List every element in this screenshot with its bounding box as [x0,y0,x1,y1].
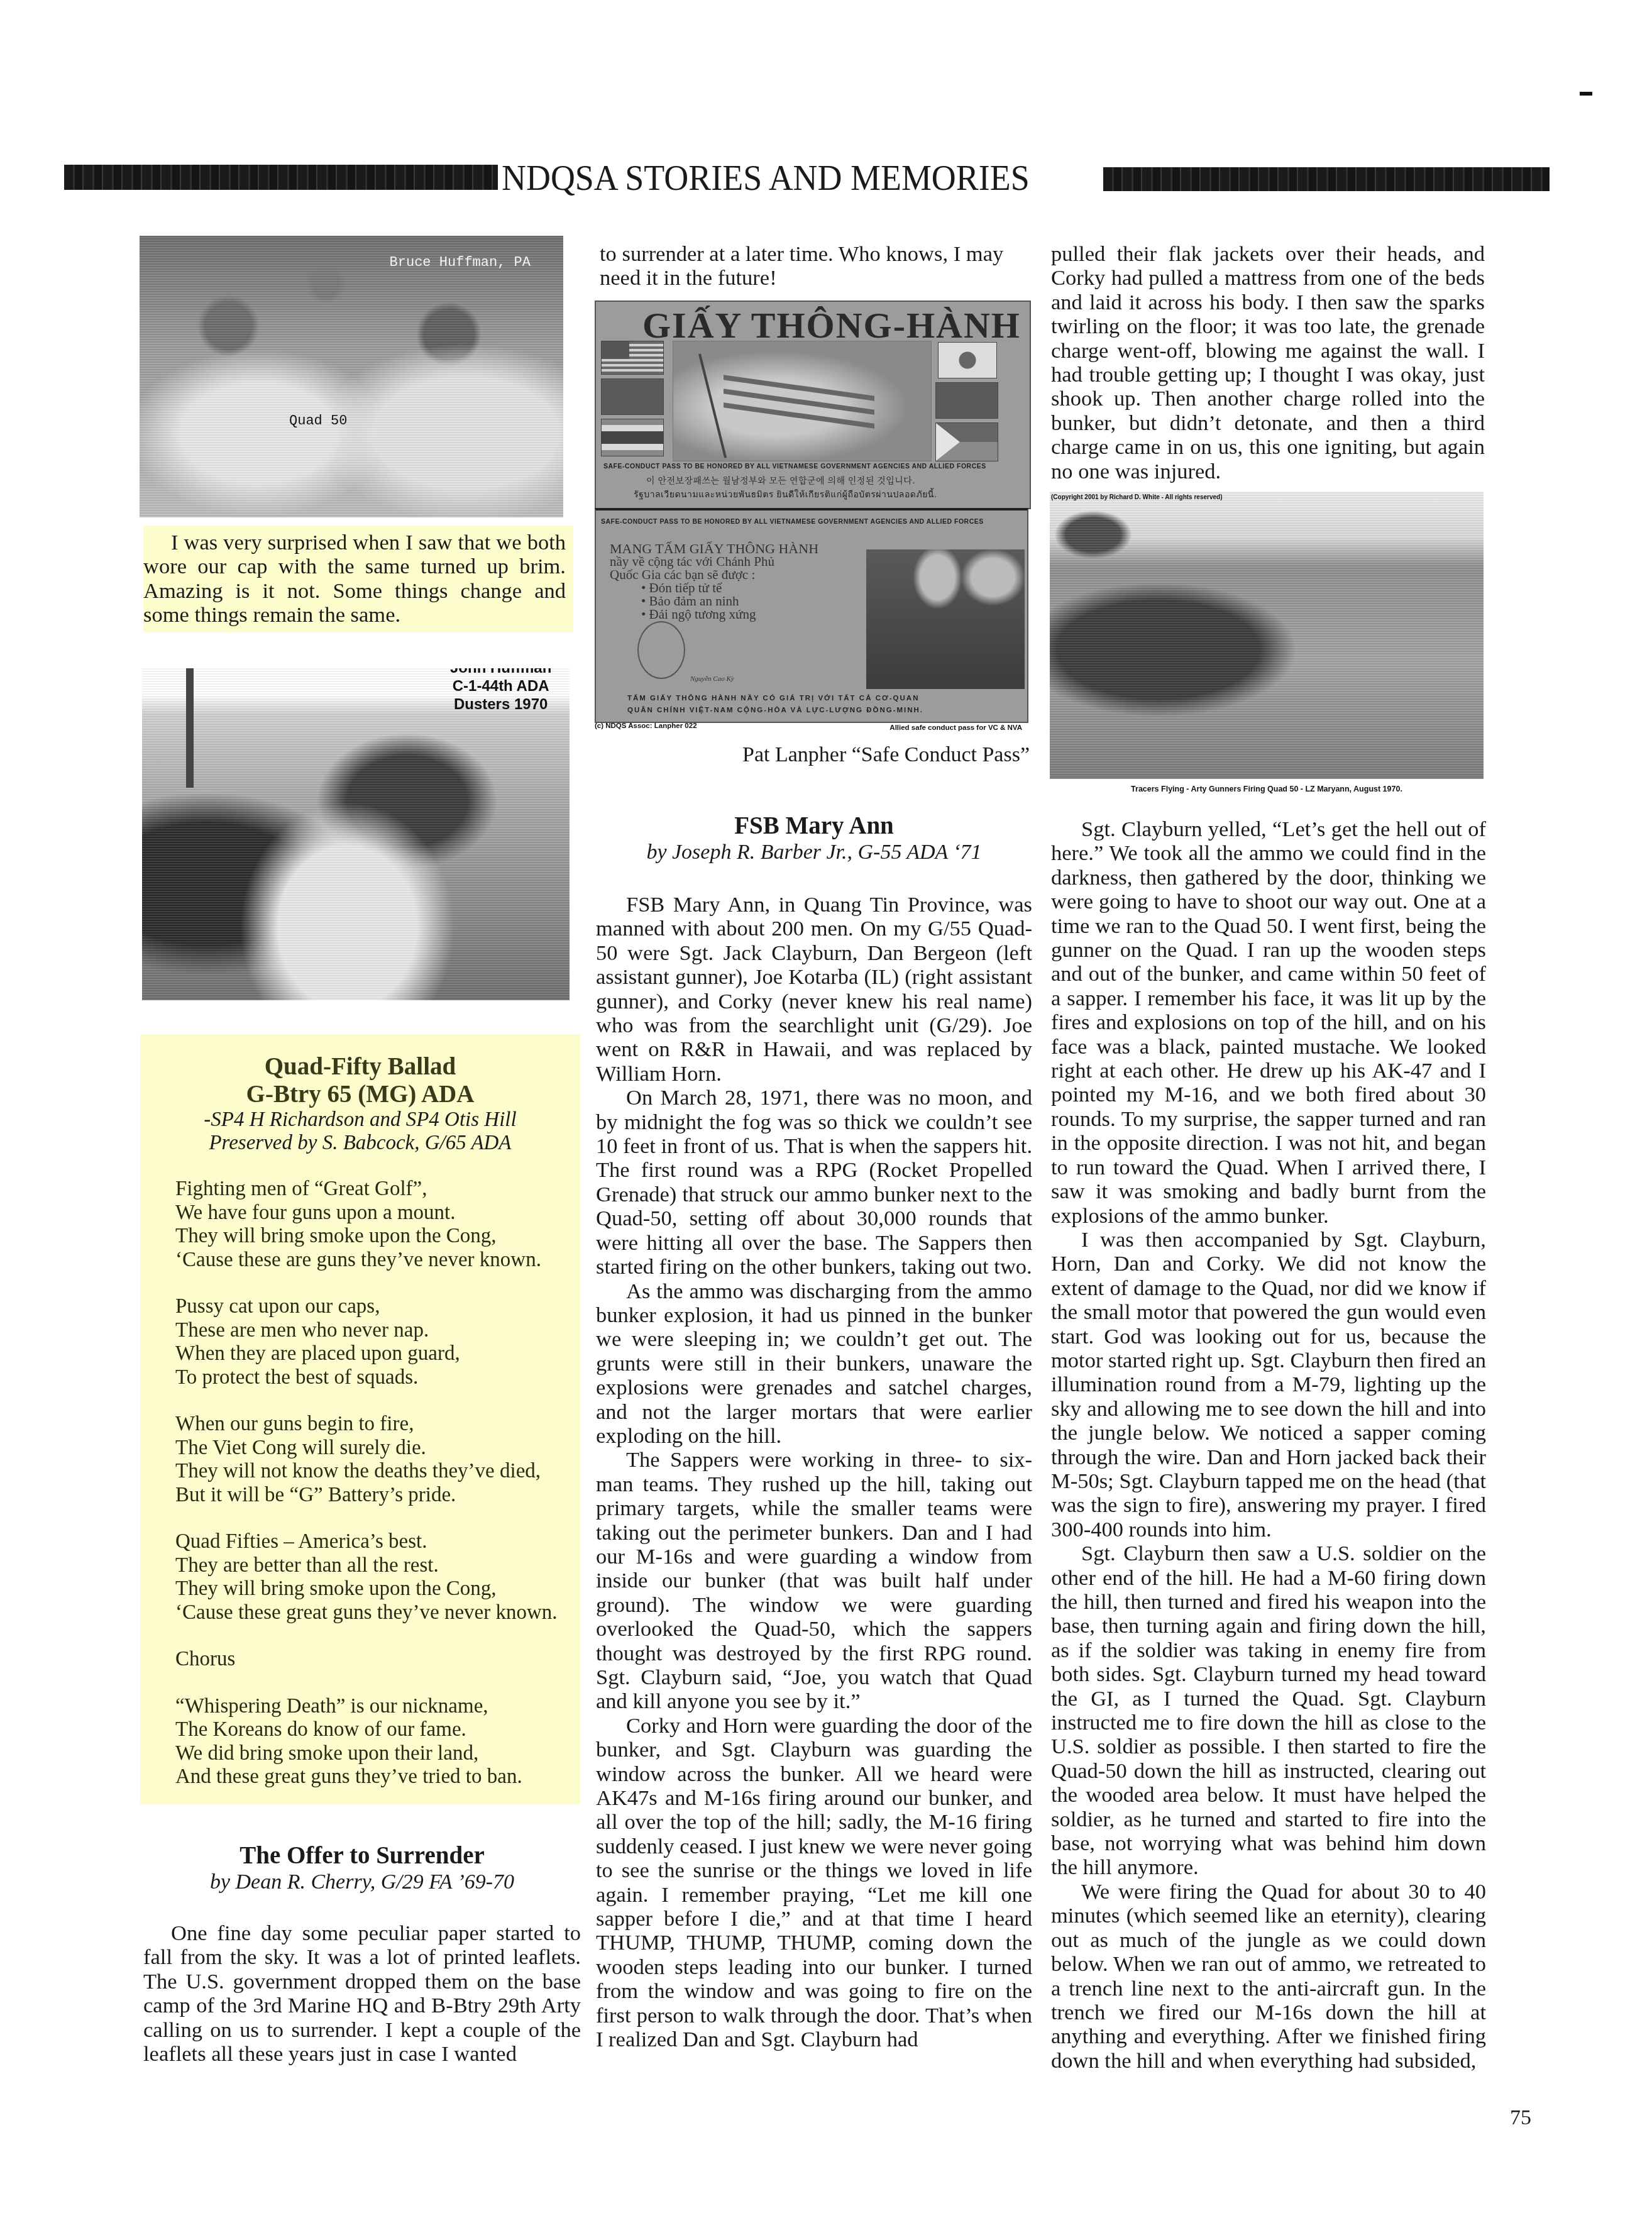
poem-stanza: Quad Fifties – America’s best. They are … [175,1530,578,1625]
surrender-body: One fine day some peculiar paper started… [143,1921,581,2066]
poem-stanza: Pussy cat upon our caps, These are men w… [175,1295,578,1389]
leaflet-back-band: SAFE-CONDUCT PASS TO BE HONORED BY ALL V… [601,518,984,526]
leaflet-credit: (c) NDQS Assoc: Lanpher 022 [595,722,697,730]
photo-tracers-quad50: (Copyright 2001 by Richard D. White - Al… [1050,492,1484,779]
signature: Nguyễn Cao Kỳ [690,675,734,683]
leaflet-back: SAFE-CONDUCT PASS TO BE HONORED BY ALL V… [595,508,1028,723]
tracers-caption: Tracers Flying - Arty Gunners Firing Qua… [1050,785,1484,793]
banner-bar-left [64,165,498,190]
leaflet-description: Allied safe conduct pass for VC & NVA [796,724,1022,732]
ballad-title: Quad-Fifty Ballad [140,1053,580,1081]
antenna [186,668,194,788]
flag-new-zealand-icon [935,382,998,419]
bullet-item: • Đón tiếp tử tế [641,582,818,595]
ballad-header: Quad-Fifty Ballad G-Btry 65 (MG) ADA -SP… [140,1053,580,1155]
photo-caption-john-huffman: John Huffman C-1-44th ADA Dusters 1970 [450,668,551,714]
mary-ann-continuation: pulled their flak jackets over their hea… [1051,242,1485,483]
leaflet-band-thai: รัฐบาลเวียดนามและหน่วยพันธมิตร ยินดีให้เ… [634,488,937,502]
flag-philippines-icon [935,422,998,461]
photo-bruce-huffman: Bruce Huffman, PA Quad 50 [140,236,563,517]
flag-usa-icon [601,341,664,375]
official-seal-icon [637,621,685,679]
surrender-continuation: to surrender at a later time. Who knows,… [600,242,1033,290]
leaflet-vietnam-flag-illustration [673,341,932,461]
leaflet-back-footer: TẤM GIẤY THÔNG HÀNH NẦY CÓ GIÁ TRỊ VỚI T… [627,693,923,717]
ballad-box: Quad-Fifty Ballad G-Btry 65 (MG) ADA -SP… [140,1034,580,1804]
ballad-subtitle: G-Btry 65 (MG) ADA [140,1081,580,1108]
poem-stanza: Fighting men of “Great Golf”, We have fo… [175,1178,578,1272]
leaflet-caption: Pat Lanpher “Safe Conduct Pass” [715,743,1030,767]
leaflet-soldiers-photo [866,549,1025,689]
leaflet-front: GIẤY THÔNG-HÀNH SAFE-CONDUCT PASS TO BE … [595,301,1031,509]
leaflet-back-text: MANG TẤM GIẤY THÔNG HÀNH nầy về cộng tác… [610,542,818,621]
banner-bar-right [1103,167,1550,191]
surrender-story: The Offer to Surrender by Dean R. Cherry… [143,1842,581,2066]
huffman-note-text: I was very surprised when I saw that we … [143,531,566,627]
ballad-poem: Fighting men of “Great Golf”, We have fo… [175,1178,578,1812]
page-number: 75 [1510,2106,1531,2130]
ballad-preserved-by: Preserved by S. Babcock, G/65 ADA [140,1132,580,1155]
flag-thailand-icon [601,419,664,456]
poem-chorus-label: Chorus [175,1648,578,1672]
poem-stanza: When our guns begin to fire, The Viet Co… [175,1413,578,1507]
mary-ann-body-col3: Sgt. Clayburn yelled, “Let’s get the hel… [1051,817,1486,2073]
surrender-title: The Offer to Surrender [143,1842,581,1870]
photo-john-huffman: John Huffman C-1-44th ADA Dusters 1970 [142,668,570,1000]
mary-ann-body-col2: FSB Mary Ann, in Quang Tin Province, was… [596,893,1032,2052]
bullet-item: • Bảo đảm an ninh [641,595,818,608]
leaflet-band-english: SAFE-CONDUCT PASS TO BE HONORED BY ALL V… [603,463,986,470]
flag-korea-icon [938,342,997,378]
mary-ann-story: FSB Mary Ann by Joseph R. Barber Jr., G-… [596,812,1032,2052]
mary-ann-title: FSB Mary Ann [596,812,1032,840]
poem-stanza: “Whispering Death” is our nickname, The … [175,1695,578,1789]
photo-label-name: Bruce Huffman, PA [390,255,531,270]
surrender-byline: by Dean R. Cherry, G/29 FA ’69-70 [143,1870,581,1895]
ballad-authors: -SP4 H Richardson and SP4 Otis Hill [140,1108,580,1132]
leaflet-band-korean: 이 안전보장패쓰는 월남정부와 모든 연합군에 의해 인정된 것입니다. [646,474,915,487]
bullet-item: • Đải ngộ tương xứng [641,608,818,621]
photo-label-quad: Quad 50 [289,413,347,429]
huffman-note-box: I was very surprised when I saw that we … [143,526,573,632]
mary-ann-byline: by Joseph R. Barber Jr., G-55 ADA ‘71 [596,840,1032,865]
page-banner-title: NDQSA STORIES AND MEMORIES [502,157,1030,199]
leaflet-title: GIẤY THÔNG-HÀNH [642,304,1021,346]
photo-copyright: (Copyright 2001 by Richard D. White - Al… [1051,494,1222,501]
corner-mark [1580,92,1592,96]
flag-australia-icon [601,378,664,415]
